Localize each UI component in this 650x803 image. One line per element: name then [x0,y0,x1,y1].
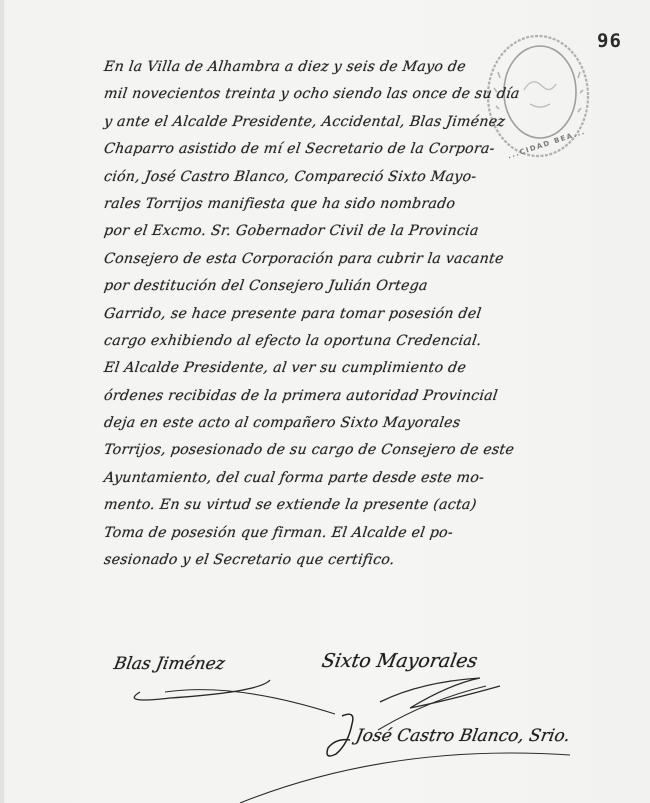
body-line: En la Villa de Alhambra a diez y seis de… [102,54,646,81]
page-number: 96 [597,30,622,52]
body-line: cargo exhibiendo al efecto la oportuna C… [102,328,646,355]
body-line: Consejero de esta Corporación para cubri… [102,246,646,273]
body-line: El Alcalde Presidente, al ver su cumplim… [102,355,646,382]
body-line: Garrido, se hace presente para tomar pos… [102,301,646,328]
body-line: rales Torrijos manifiesta que ha sido no… [102,191,646,218]
body-line: Torrijos, posesionado de su cargo de Con… [102,437,646,464]
body-line: órdenes recibidas de la primera autorida… [102,383,646,410]
body-line: Ayuntamiento, del cual forma parte desde… [102,465,646,492]
handwritten-body: En la Villa de Alhambra a diez y seis de… [104,54,644,574]
body-line: ción, José Castro Blanco, Compareció Six… [102,164,646,191]
body-line: por el Excmo. Sr. Gobernador Civil de la… [102,218,646,245]
body-line: por destitución del Consejero Julián Ort… [102,273,646,300]
body-line: Chaparro asistido de mí el Secretario de… [102,136,646,163]
body-line: sesionado y el Secretario que certifico. [102,547,646,574]
document-page: ...CIDAD BEA... 96 En la Villa de Alhamb… [0,0,650,803]
body-line: mil novecientos treinta y ocho siendo la… [102,81,646,108]
signature-block: Blas Jiménez Sixto Mayorales José Castro… [0,640,650,803]
signature-alcalde: Blas Jiménez [112,654,226,674]
signature-consejero: Sixto Mayorales [320,650,479,672]
body-line: Toma de posesión que firman. El Alcalde … [102,520,646,547]
body-line: mento. En su virtud se extiende la prese… [102,492,646,519]
body-line: y ante el Alcalde Presidente, Accidental… [102,109,646,136]
body-line: deja en este acto al compañero Sixto May… [102,410,646,437]
signature-secretario: José Castro Blanco, Srio. [354,726,571,746]
